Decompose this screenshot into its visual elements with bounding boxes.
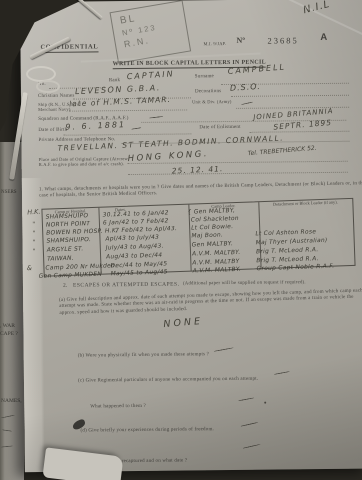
pencil-dash-mark (274, 371, 290, 375)
pencil-flourish-mark (131, 127, 141, 129)
leader-cell: A.V.M. MALTBY. (192, 250, 241, 258)
underlying-text-fragment: NAMES, (1, 398, 22, 404)
detachment-cell: Maj Thyer (Australian) (256, 238, 328, 247)
series-letter: A (320, 32, 327, 43)
camp-cell: Gen Camp MUKDEN (39, 271, 102, 279)
decorations-value: D.S.O. (230, 82, 261, 93)
underlying-text-fragment: NSERS (1, 190, 17, 195)
pencil-dot-mark (264, 402, 266, 404)
camp-cell: SHAMSHUIPO. (46, 237, 91, 245)
margin-ampersand-mark: & (27, 264, 32, 272)
rank-value: CAPTAIN (127, 69, 175, 81)
pencil-dash-mark (243, 444, 261, 449)
capture-place-date-label: Place and Date of Original Capture (Airc… (39, 156, 134, 167)
detachment-cell: Brig T. McLeod R.A. (256, 247, 319, 255)
pencil-check-mark (241, 102, 253, 106)
detachment-cell: Lt Col Ashton Rose (255, 229, 316, 237)
telephone-value: Tel. TREBETHERICK 52. (247, 145, 316, 158)
leader-cell: A.V.M. MALTBY. (193, 266, 242, 274)
file-string-knot (36, 80, 60, 93)
pencil-dash-mark (238, 397, 254, 401)
mi9-form-reference: M.I. 9/JAP. (203, 41, 226, 46)
camp-cell: SHAMSHUIPO (46, 213, 89, 220)
margin-ditto-mark: " (32, 239, 35, 246)
pencil-dash-mark (241, 422, 259, 427)
detachment-cell: Group Capt Noble R.A.F. (257, 263, 335, 272)
question-2c2-text: What happened to them ? (90, 404, 146, 410)
underlying-text-fragment: CAPE ? (0, 331, 18, 337)
dates-cell: 7 Feb/42 to Apl/43. (115, 226, 177, 234)
dates-cell: Apl/43 to July/43 (105, 235, 159, 243)
answer-none: NONE (163, 316, 203, 330)
dates-cell: Aug/43 to Dec/44 (106, 253, 163, 261)
margin-ditto-mark: " (33, 248, 36, 255)
number-symbol: Nº (236, 36, 245, 45)
date-of-birth-value: 9. 6. 1881 (65, 120, 126, 132)
dates-cell: July/43 to Aug/43. (106, 244, 164, 252)
leader-cell: { Gen MALTBY, (188, 208, 236, 216)
christian-names-value: LEVESON G.B.A. (75, 83, 161, 96)
questionnaire-form-page: BL Nº 123 R.N. CONFIDENTIAL M.I. 9/JAP. … (20, 0, 362, 472)
dates-cell: Dec/44 to May/45 (110, 261, 167, 269)
margin-ditto-mark: " (32, 221, 35, 228)
pencil-dash-mark (214, 347, 234, 352)
dates-cell: 6 Jan/42 to 7 Feb/42 (103, 218, 169, 226)
photographed-document: NSERS , WAR CAPE ? NAMES, BL Nº 123 R.N.… (0, 0, 362, 480)
margin-note-hk: H.K. (27, 208, 41, 217)
questionnaire-number: 23685 (267, 35, 298, 45)
detachment-cell: Brig T. McLeod R.A. (256, 256, 319, 264)
leader-cell: Maj Boon. (191, 232, 223, 239)
leader-cell: A.V.M. MALTBY (192, 258, 239, 266)
dates-cell: May/45 to Aug/45 (111, 269, 168, 277)
question-1-text: 1. What camps, detachments or hospitals … (39, 181, 362, 199)
question-2-heading: ESCAPES OR ATTEMPTED ESCAPES. (73, 282, 180, 289)
nil-annotation: N.I.L (302, 0, 331, 16)
question-2b-text: (b) Were you physically fit when you mad… (78, 352, 209, 358)
date-of-birth-label: Date of Birth (38, 128, 67, 133)
camp-cell: ARGYLE ST. (47, 246, 84, 253)
ship-value: late of H.M.S. TAMAR. (69, 95, 171, 109)
rank-field-label: Rank (109, 78, 120, 83)
pencil-dash-mark (149, 116, 163, 119)
date-of-enlistment-label: Date of Enlistment (199, 125, 240, 130)
question-2-number: 2. (63, 283, 68, 289)
camps-table: Camp or Hospital. Dates. Camp Leader. De… (41, 198, 355, 277)
leader-cell: Col Shackleton (191, 215, 239, 223)
christian-names-label: Christian Names (38, 94, 75, 99)
question-2-heading-note: (Additional paper will be supplied on re… (183, 280, 306, 286)
camp-cell: TAIWAN. (47, 256, 74, 263)
question-2c-text: (c) Give Regimental particulars of anyon… (78, 377, 258, 384)
underlying-text-fragment: , WAR (0, 323, 15, 329)
decorations-label: Decorations (195, 89, 221, 94)
leader-cell: Gen MALTBY. (192, 241, 234, 248)
rn-receipt-stamp: BL Nº 123 R.N. (110, 0, 192, 64)
camp-cell: BOWEN RD HOSP. H.K. (46, 228, 118, 237)
leader-cell: Lt Col Bowie. (191, 224, 233, 231)
camp-cell: Camp 200 Nr Mukden. (45, 263, 117, 272)
margin-ditto-mark: " (32, 230, 35, 237)
unit-div-label: Unit & Div. (Army) (192, 99, 234, 104)
surname-field-label: Surname (195, 74, 214, 79)
question-2d-text: (d) Give briefly your experiences during… (80, 427, 214, 433)
question-2a-text: (a) Give full description and approx. da… (59, 288, 362, 317)
camp-cell: NORTH POINT (46, 221, 90, 229)
